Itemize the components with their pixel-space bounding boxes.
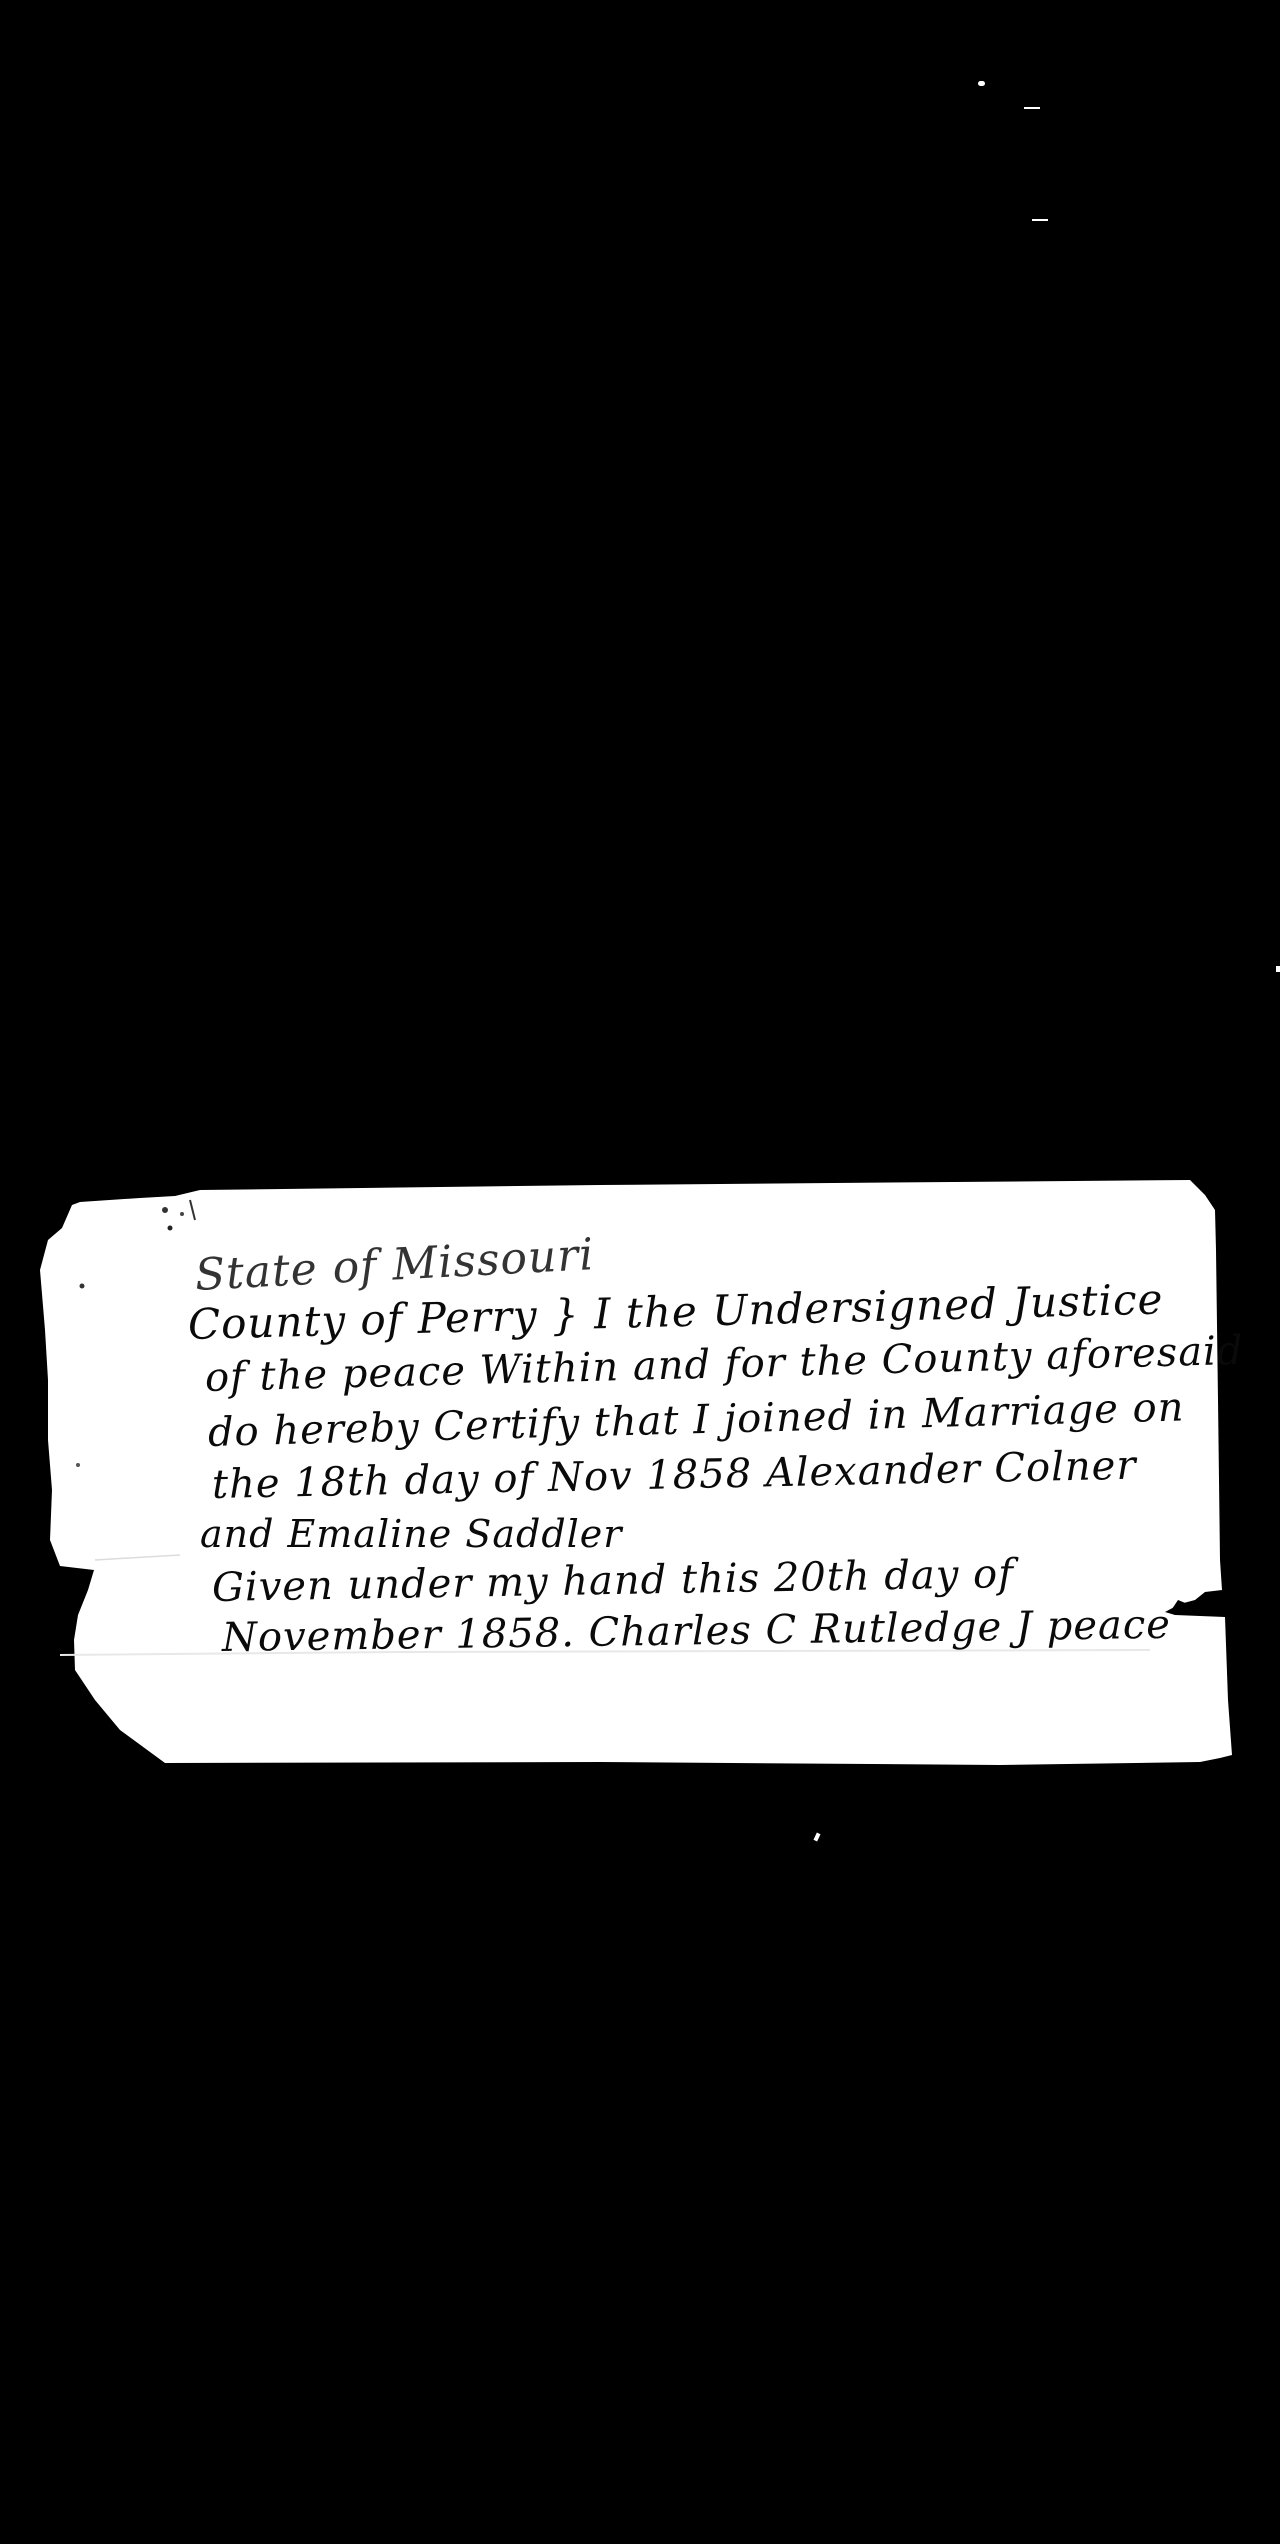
handwritten-text: State of Missouri County of Perry } I th… <box>0 0 1280 2544</box>
scan-area: State of Missouri County of Perry } I th… <box>0 0 1280 2544</box>
line-bride: and Emaline Saddler <box>200 1512 622 1556</box>
line-given: Given under my hand this 20th day of <box>212 1551 1015 1611</box>
line-date-groom: the 18th day of Nov 1858 Alexander Colne… <box>212 1443 1137 1508</box>
line-signature: November 1858. Charles C Rutledge J peac… <box>222 1602 1172 1661</box>
